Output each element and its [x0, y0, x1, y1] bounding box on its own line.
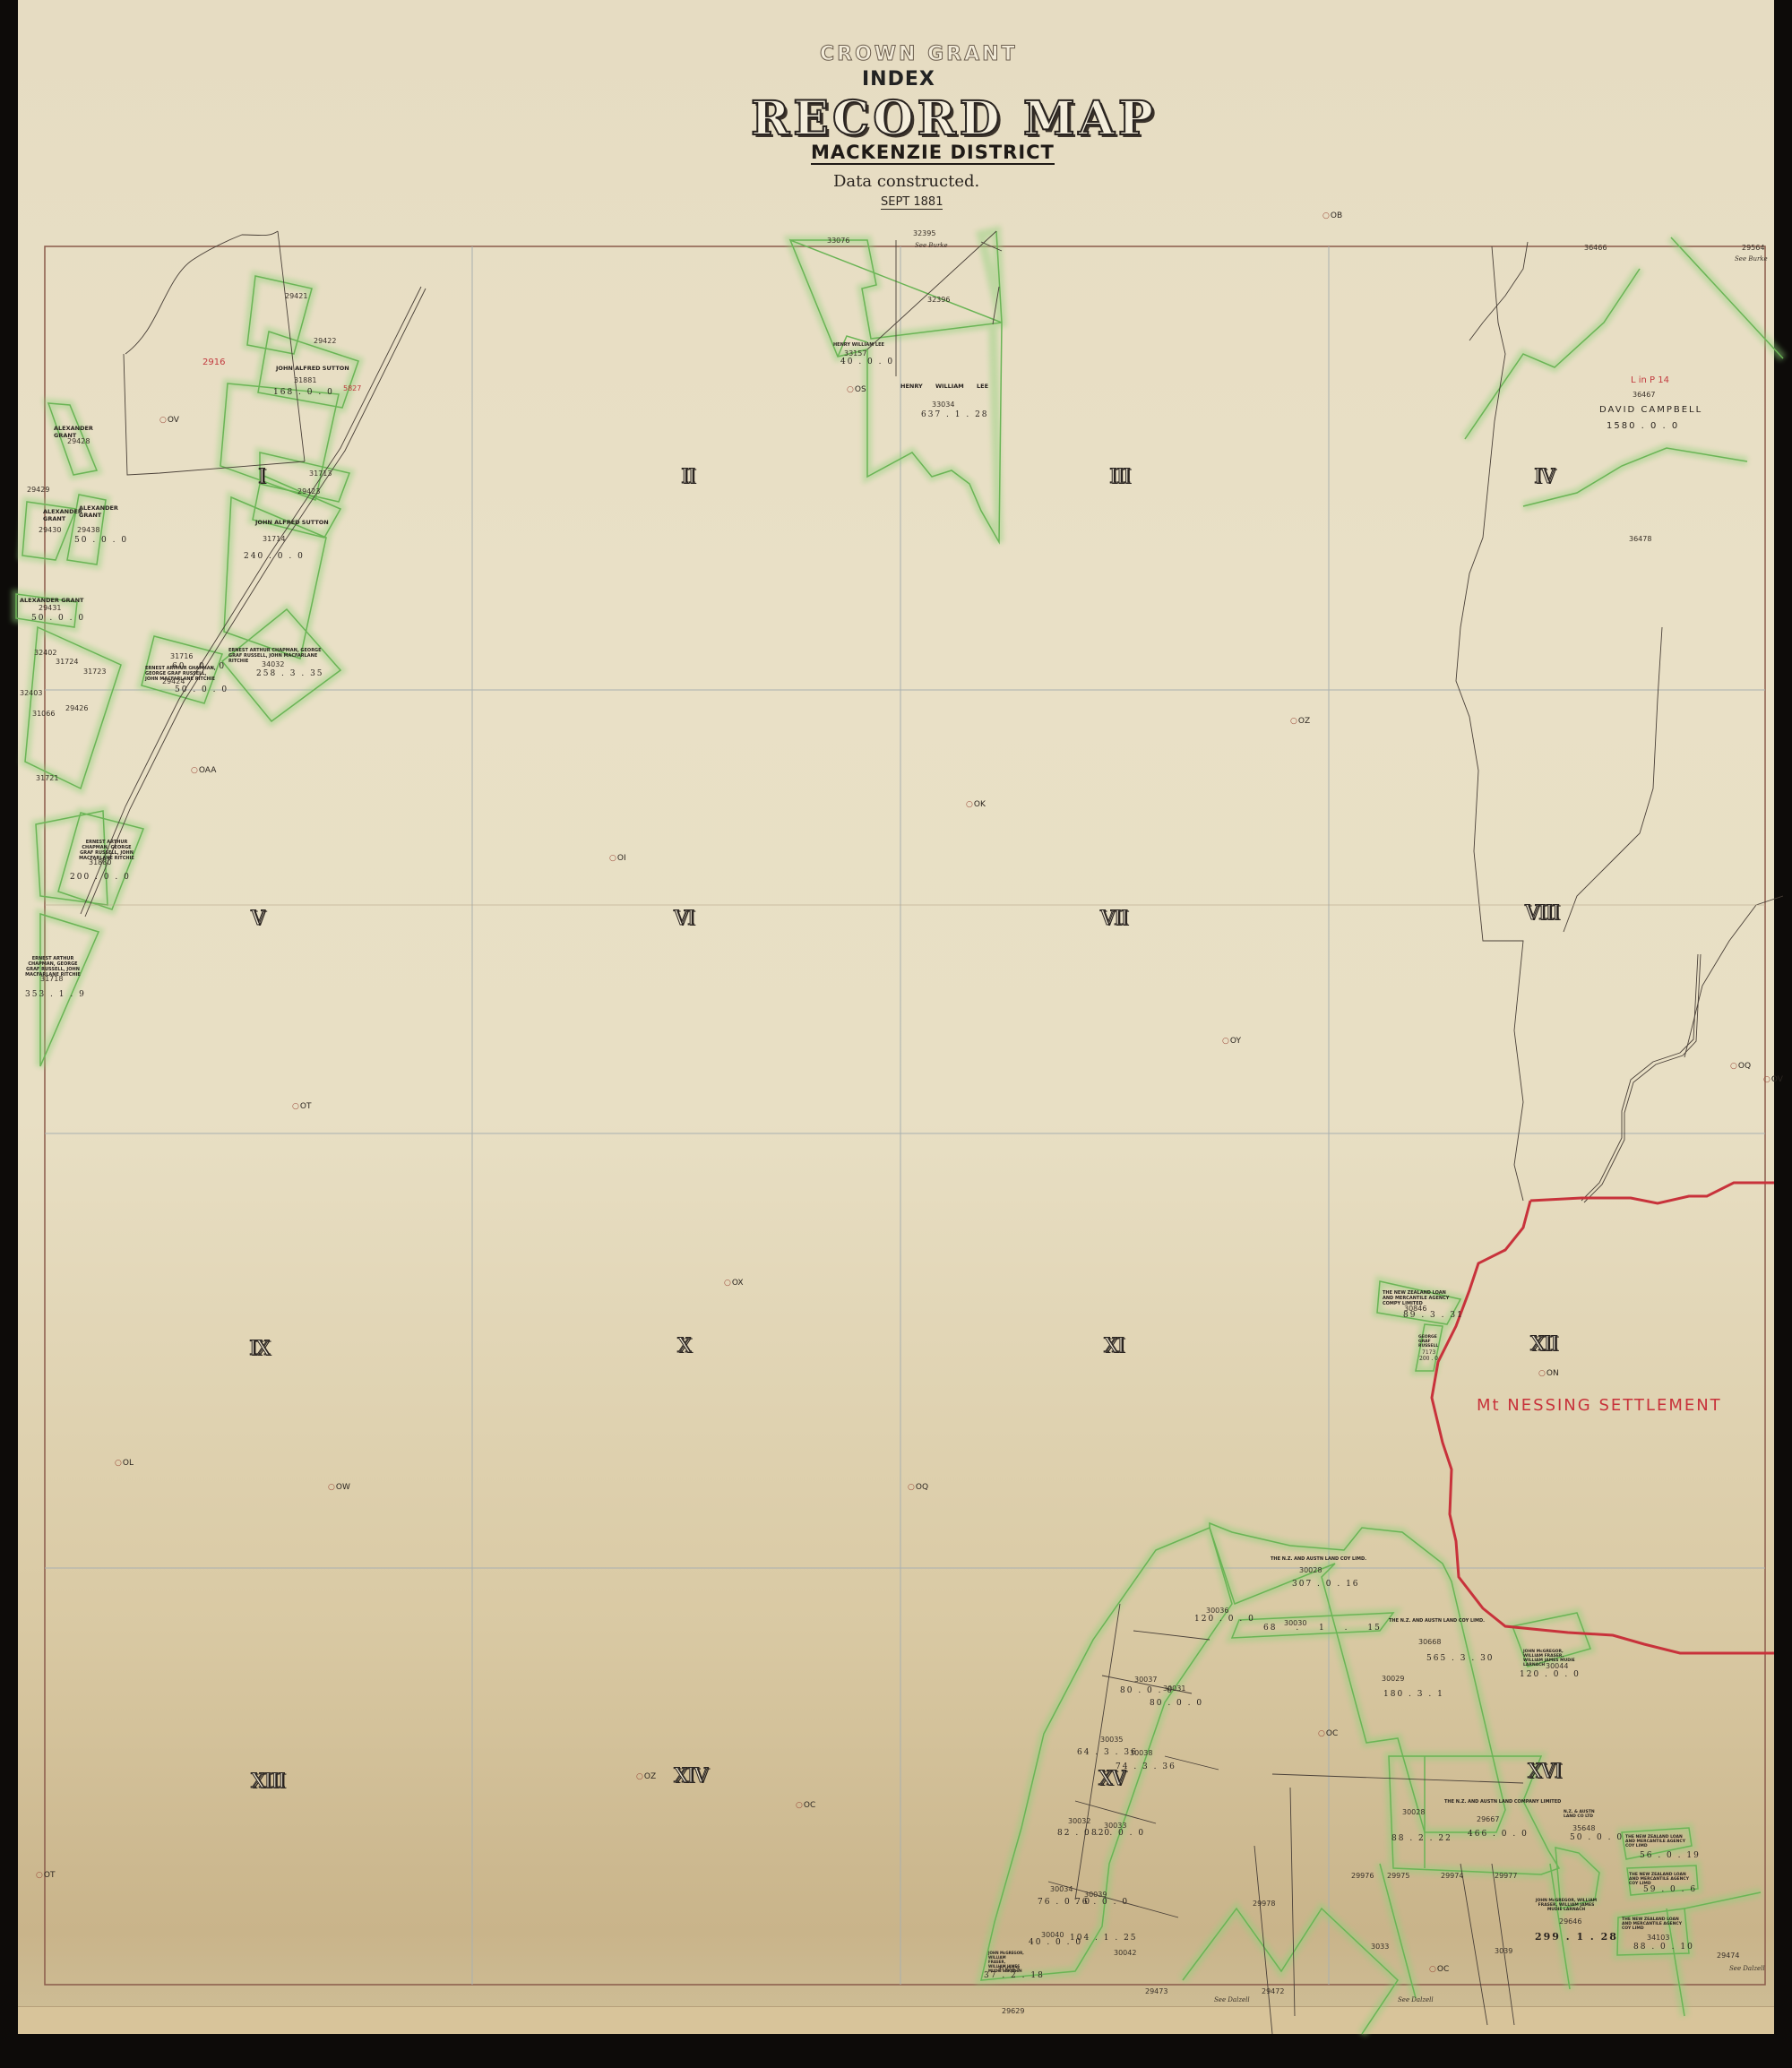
owner-name: ALEXANDER GRANT — [43, 508, 79, 522]
lot-number: 34103 — [1647, 1934, 1669, 1942]
lot-number: 2916 — [202, 358, 225, 367]
survey-marker: OT — [36, 1871, 55, 1880]
lot-number: 29426 — [65, 704, 88, 712]
lot-number: 31723 — [83, 668, 106, 676]
title-record-map: RECORD MAP — [751, 91, 1157, 146]
owner-name: THE N.Z. AND AUSTN LAND COMPANY LIMITED — [1444, 1799, 1561, 1805]
owner-name: HENRY WILLIAM LEE — [900, 383, 988, 390]
lot-number: 29667 — [1477, 1815, 1499, 1823]
lot-number: 31716 — [170, 652, 193, 660]
lot-number: 29473 — [1145, 1987, 1167, 1995]
lot-number: 3039 — [1495, 1947, 1512, 1955]
lot-number: 31721 — [36, 774, 58, 782]
area: 1580 . 0 . 0 — [1607, 421, 1679, 431]
area: 64 . 3 . 36 — [1077, 1748, 1138, 1757]
area: 104 . 1 . 25 — [1070, 1934, 1138, 1943]
area: 466 . 0 . 0 — [1468, 1830, 1529, 1839]
survey-marker: OC — [796, 1801, 815, 1810]
area: 59 . 0 . 6 — [1643, 1885, 1697, 1894]
section-grid — [45, 246, 1765, 1985]
lot-number: 35648 — [1572, 1824, 1595, 1832]
lot-number: 34032 — [262, 660, 284, 668]
survey-marker: OZ — [636, 1772, 656, 1781]
section-label: XII — [1530, 1333, 1557, 1356]
lot-number: 30038 — [1130, 1749, 1152, 1757]
lot-number: 32403 — [20, 689, 42, 697]
lot-number: 3033 — [1371, 1943, 1389, 1951]
settlement-label: Mt NESSING SETTLEMENT — [1477, 1396, 1722, 1415]
lot-number: 30036 — [1206, 1607, 1228, 1615]
owner-name: THE NEW ZEALAND LOAN AND MERCANTILE AGEN… — [1629, 1873, 1696, 1886]
lot-number: 31714 — [263, 535, 285, 543]
area: 74 . 3 . 36 — [1116, 1762, 1176, 1771]
lot-number: 36478 — [1629, 535, 1651, 543]
survey-marker: OQ — [908, 1483, 928, 1492]
section-label: XIV — [674, 1765, 707, 1788]
area: 88 . 2 . 22 — [1391, 1834, 1452, 1843]
area: 50 . 0 . 0 — [31, 614, 85, 623]
lot-number: 29472 — [1262, 1987, 1284, 1995]
lot-number: 30035 — [1100, 1736, 1123, 1744]
owner-name: ALEXANDER GRANT — [20, 597, 83, 604]
owner-name: JOHN ALFRED SUTTON — [255, 519, 329, 526]
section-label: VI — [674, 908, 694, 930]
lot-number: 29428 — [67, 437, 90, 445]
lot-number: 29424 — [162, 677, 185, 685]
area: 565 . 3 . 30 — [1426, 1654, 1495, 1663]
see-reference: See Dalzell — [1214, 1996, 1250, 2003]
see-reference: See Dalzell — [1398, 1996, 1434, 2003]
survey-marker: OW — [328, 1483, 350, 1492]
title-date: SEPT 1881 — [881, 195, 943, 210]
section-label: I — [258, 466, 265, 488]
section-label: III — [1109, 466, 1130, 488]
area: 299 . 1 . 28 — [1535, 1931, 1618, 1943]
lot-number: 30028 — [1402, 1808, 1425, 1816]
lot-number: 29975 — [1387, 1872, 1409, 1880]
area: 82 . 0 . 0 — [1091, 1829, 1145, 1838]
plan-reference: L in P 14 — [1631, 375, 1669, 385]
survey-marker: OQ — [1730, 1062, 1751, 1071]
lot-number: 30037 — [1134, 1676, 1157, 1684]
lot-number: 32395 — [913, 229, 935, 237]
area: 88 . 0 . 10 — [1633, 1943, 1694, 1952]
owner-name: DAVID CAMPBELL — [1599, 405, 1702, 415]
see-reference: See Burke — [1735, 255, 1768, 263]
lot-number: 30031 — [1163, 1685, 1185, 1693]
area: 37 . 2 . 18 — [984, 1971, 1045, 1980]
owner-name: GEORGE GRAF RUSSELL — [1418, 1335, 1438, 1349]
survey-marker: OV — [159, 416, 179, 425]
area: 68 . 1 . 15 — [1263, 1624, 1382, 1633]
lot-number: 30032 — [1068, 1817, 1090, 1825]
lot-number: 29438 — [77, 526, 99, 534]
lot-number: 31718 — [40, 975, 63, 983]
lot-number: 31066 — [32, 710, 55, 718]
section-label: VIII — [1525, 902, 1559, 925]
section-label: II — [681, 466, 694, 488]
section-label: XVI — [1528, 1761, 1561, 1783]
section-label: V — [251, 908, 264, 930]
owner-name: ALEXANDER GRANT — [79, 504, 115, 519]
title-data-constructed: Data constructed. — [833, 172, 979, 191]
title-district: MACKENZIE DISTRICT — [811, 142, 1055, 165]
title-index: INDEX — [862, 68, 935, 90]
area: 168 . 0 . 0 — [273, 388, 334, 397]
owner-name: JOHN McGREGOR, WILLIAM FRASER, WILLIAM J… — [1535, 1899, 1598, 1912]
lot-number: 30042 — [1114, 1949, 1136, 1957]
lot-number: 30044 — [1546, 1662, 1568, 1670]
lot-number: 29974 — [1441, 1872, 1463, 1880]
map-linework — [0, 0, 1792, 2068]
area: 56 . 0 . 19 — [1640, 1851, 1701, 1860]
see-reference: See Dalzell — [1729, 1965, 1765, 1972]
section-label: X — [677, 1335, 691, 1357]
lot-number: 33034 — [932, 401, 954, 409]
lot-number: 29646 — [1559, 1917, 1581, 1926]
survey-marker: OC — [1429, 1965, 1449, 1974]
section-label: IX — [249, 1338, 269, 1360]
survey-marker: OT — [292, 1102, 311, 1111]
survey-marker: OAA — [191, 766, 216, 775]
survey-marker: OI — [609, 854, 626, 863]
lot-number: 32396 — [927, 296, 950, 304]
survey-marker: OZ — [1290, 717, 1310, 726]
lot-number: 29421 — [285, 292, 307, 300]
lot-number: 29474 — [1717, 1952, 1739, 1960]
area: 120 . 0 . 0 — [1520, 1670, 1581, 1679]
owner-name: THE NEW ZEALAND LOAN AND MERCANTILE AGEN… — [1625, 1835, 1693, 1848]
see-reference: See Burke — [915, 242, 948, 249]
lot-number: 32402 — [34, 649, 56, 657]
owner-name: THE N.Z. AND AUSTN LAND COY LIMD. — [1271, 1556, 1366, 1562]
lot-number: 31724 — [56, 658, 78, 666]
survey-marker: ON — [1538, 1369, 1559, 1378]
owner-name: THE N.Z. AND AUSTN LAND COY LIMD. — [1389, 1618, 1485, 1624]
survey-marker: OS — [847, 385, 866, 394]
owner-name: THE NEW ZEALAND LOAN AND MERCANTILE AGEN… — [1622, 1917, 1689, 1931]
section-label: VII — [1100, 908, 1127, 930]
area: 40 . 0 . 0 — [840, 358, 894, 366]
lot-number: 29431 — [39, 604, 61, 612]
owner-name: JOHN ALFRED SUTTON — [276, 365, 349, 372]
lot-number: 29564 — [1742, 244, 1764, 252]
area: 80 . 0 . 0 — [1150, 1699, 1203, 1708]
section-label: XI — [1104, 1335, 1124, 1357]
survey-marker: OB — [1322, 211, 1342, 220]
area: 240 . 0 . 0 — [244, 552, 305, 561]
lot-number: 7173 — [1422, 1349, 1435, 1356]
area: 89 . 3 . 31 — [1403, 1311, 1464, 1320]
area: 76 . 0 . 0 — [1075, 1898, 1129, 1907]
area: 307 . 0 . 16 — [1292, 1580, 1360, 1589]
lot-number: 5827 — [343, 384, 361, 392]
lot-number: 30034 — [1050, 1885, 1073, 1893]
area: 50 . 0 . 0 — [175, 685, 228, 694]
lot-number: 29976 — [1351, 1872, 1374, 1880]
lot-number: 31881 — [294, 376, 316, 384]
section-label: IV — [1534, 466, 1555, 488]
lot-number: 31880 — [89, 858, 111, 866]
area: 637 . 1 . 28 — [921, 410, 989, 419]
area: 180 . 3 . 1 — [1383, 1690, 1444, 1699]
lot-number: 30029 — [1382, 1675, 1404, 1683]
area: 353 . 1 . 9 — [25, 990, 86, 999]
lot-number: 29422 — [314, 337, 336, 345]
lot-number: 29429 — [27, 486, 49, 494]
lot-number: 31713 — [309, 470, 332, 478]
area: 120 . 0 . 0 — [1194, 1615, 1255, 1624]
map-border — [45, 246, 1765, 1985]
section-label: XIII — [251, 1771, 285, 1793]
area: 50 . 0 . 0 — [1570, 1833, 1624, 1842]
survey-marker: OC — [1318, 1729, 1338, 1738]
area: 50 . 0 . 0 — [74, 536, 128, 545]
settlement-boundary — [1432, 1183, 1774, 1653]
lot-number: 33157 — [844, 349, 866, 358]
lot-number: 29423 — [297, 487, 320, 495]
lot-number: 33076 — [827, 237, 849, 245]
owner-name: N.Z. & AUSTN LAND CO LTD — [1564, 1810, 1596, 1819]
owner-name: HENRY WILLIAM LEE — [833, 342, 884, 348]
area: 200 . 0 — [1419, 1356, 1438, 1362]
lot-number: 36466 — [1584, 244, 1607, 252]
lot-number: 29977 — [1495, 1872, 1517, 1880]
title-crown-grant: CROWN GRANT — [820, 43, 1018, 65]
lot-number: 29430 — [39, 526, 61, 534]
lot-number: 29629 — [1002, 2007, 1024, 2015]
lot-number: 29978 — [1253, 1900, 1275, 1908]
survey-marker: OY — [1222, 1037, 1241, 1046]
survey-marker: OK — [966, 800, 986, 809]
survey-marker: OL — [115, 1459, 134, 1468]
survey-marker: OV — [1763, 1075, 1783, 1084]
area: 200 . 0 . 0 — [70, 873, 131, 882]
survey-marker: OX — [724, 1279, 744, 1288]
lot-number: 30028 — [1299, 1566, 1322, 1574]
lot-number: 30668 — [1418, 1638, 1441, 1646]
lot-number: 36467 — [1633, 391, 1655, 399]
area: 258 . 3 . 35 — [256, 669, 324, 678]
